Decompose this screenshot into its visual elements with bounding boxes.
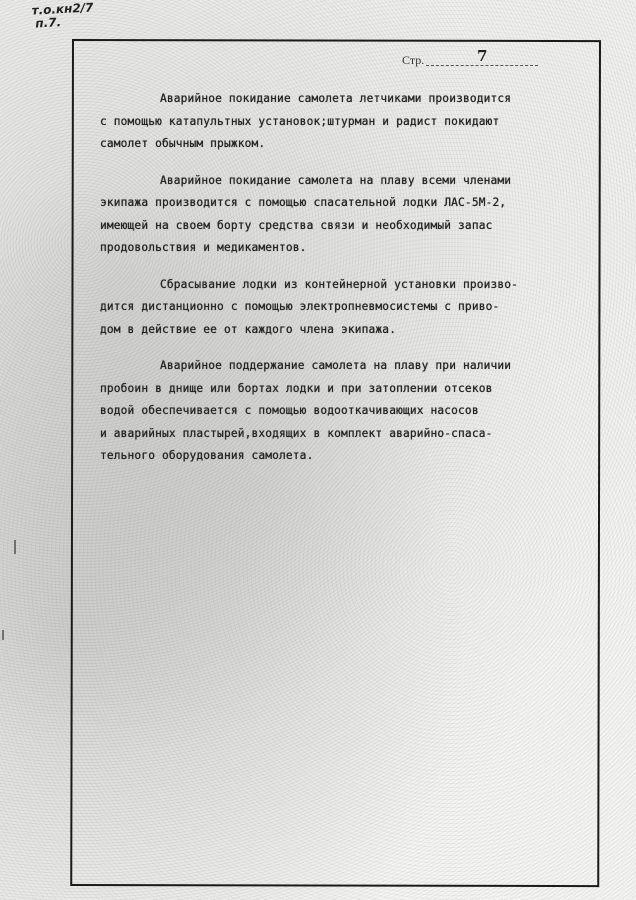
archive-stamp: т.о.кн2/7 п.7. xyxy=(31,1,94,30)
text-line: и аварийных пластырей,входящих в комплек… xyxy=(100,423,580,446)
text-line: Аварийное покидание самолета летчиками п… xyxy=(100,88,580,111)
binding-mark xyxy=(14,540,16,554)
page-number-field: Стр.7 xyxy=(402,50,538,69)
text-line: имеющей на своем борту средства связи и … xyxy=(100,215,580,238)
text-line: Сбрасывание лодки из контейнерной устано… xyxy=(100,274,580,297)
paragraph-water-evacuation: Аварийное покидание самолета на плаву вс… xyxy=(100,170,580,260)
text-line: экипажа производится с помощью спасатель… xyxy=(100,192,580,215)
paragraph-crew-ejection: Аварийное покидание самолета летчиками п… xyxy=(100,88,580,156)
text-line: самолет обычным прыжком. xyxy=(100,133,580,156)
document-body: Аварийное покидание самолета летчиками п… xyxy=(100,88,580,482)
page-label: Стр. xyxy=(402,53,424,67)
text-line: пробоин в днище или бортах лодки и при з… xyxy=(100,378,580,401)
text-line: продовольствия и медикаментов. xyxy=(100,237,580,260)
archive-stamp-line-2: п.7. xyxy=(35,14,94,30)
text-line: дом в действие ее от каждого члена экипа… xyxy=(100,319,580,342)
paragraph-boat-release: Сбрасывание лодки из контейнерной устано… xyxy=(100,274,580,342)
paragraph-flotation: Аварийное поддержание самолета на плаву … xyxy=(100,355,580,468)
text-line: тельного оборудования самолета. xyxy=(100,445,580,468)
binding-mark xyxy=(2,630,4,640)
text-line: водой обеспечивается с помощью водооткач… xyxy=(100,400,580,423)
text-line: Аварийное покидание самолета на плаву вс… xyxy=(100,170,580,193)
text-line: с помощью катапультных установок;штурман… xyxy=(100,111,580,134)
text-line: дится дистанционно с помощью электропнев… xyxy=(100,296,580,319)
text-line: Аварийное поддержание самолета на плаву … xyxy=(100,355,580,378)
page-number: 7 xyxy=(426,47,538,66)
